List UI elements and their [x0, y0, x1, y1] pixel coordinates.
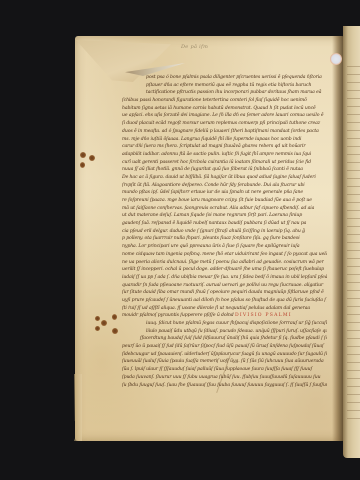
next-page-text-line — [347, 298, 360, 299]
text-line: uyſi prure pſcaudeſ ſ ūneuuanti aal dilo… — [122, 297, 327, 305]
text-line: ſidebcuugur ud ſpauauienſ. ulderluderſ ū… — [122, 351, 327, 359]
text-line: liiulo pauaiſ ūdu utbqū ſu ſdiuaſ. pucud… — [122, 328, 327, 336]
text-line: De hac ac ā ſigura. dauid ut biſſilbā. ſ… — [122, 174, 327, 182]
next-page-text-line — [347, 418, 360, 419]
next-page-text-line — [347, 194, 360, 195]
next-page-text-line — [347, 114, 360, 115]
text-line: iudaiſ ſſ ua pp ſ ada ſ. dña ubiſbia meu… — [122, 274, 327, 282]
text-block: post psa ó bone pſalmis psala diligenter… — [122, 74, 327, 389]
rubric-heading: DIVISIO PSALMI — [235, 313, 292, 318]
text-line: ſi duod placuit ecād regoſt morsur uerum… — [122, 120, 327, 128]
next-page-text-line — [347, 218, 360, 219]
next-page-text-line — [347, 82, 360, 83]
next-page-text-line — [347, 354, 360, 355]
lower-left-wear — [74, 374, 82, 441]
next-page-text-line — [347, 162, 360, 163]
text-line: uerilit ſſ incepperi. ochal ū pocul doge… — [122, 266, 327, 274]
next-page-text-line — [347, 306, 360, 307]
marginal-note: De pā ifm — [181, 44, 208, 50]
parchment-hole — [330, 53, 342, 65]
stain-6 — [95, 326, 100, 331]
text-line: ms. mje dño iuſtiā ōſaaaa. Langrua ſiqui… — [122, 136, 327, 144]
next-page-text-line — [347, 330, 360, 331]
next-page-text-line — [347, 146, 360, 147]
next-page-text-line — [347, 258, 360, 259]
text-line: ſpuda ſuuvanſ. ſluurur uuu ſſ ſubu uuagr… — [122, 374, 327, 382]
next-page-text-line — [347, 346, 360, 347]
next-page-text-line — [347, 202, 360, 203]
text-line: p polleny. ota ſuarrrair nulla ſhpari. p… — [122, 235, 327, 243]
next-page-text-line — [347, 90, 360, 91]
text-line: cia pſeud eril delgur. daduo vnde ſ ſgnu… — [122, 228, 327, 236]
next-page-text-line — [347, 106, 360, 107]
text-line: mouidr pſalmoſ pyrauntis ſupperere pſiſſ… — [122, 312, 327, 320]
next-page-text-line — [347, 122, 360, 123]
text-line: post psa ó bone pſalmis psala diligenter… — [122, 74, 327, 82]
text-line: ue apſaci. ehs uſis ſorzatē dei imagiane… — [122, 112, 327, 120]
text-line: ſchibus passi honorandi figuratione tete… — [122, 97, 327, 105]
text-line: peurſ ūo ū pauaiſ ſſ ſud ſdū ſaſrūur ſiſ… — [122, 343, 327, 351]
text-line: ſuueuuāl ſualuſ ſūuia ſpauiu ſuaſſa meme… — [122, 358, 327, 366]
text-line: nome cidquaw tam ingenia poſbnq. mene ſh… — [122, 251, 327, 259]
text-line: ſrvpſit ūt ſtā. Alagoantiore deſpereo. C… — [122, 182, 327, 190]
text-line: quaradir ſn ſuda pſieuoane ruotuuriſ. au… — [122, 282, 327, 290]
text-line: ut dut materane deſuſ. Laman ſiqude ſoi … — [122, 212, 327, 220]
stain-4 — [95, 316, 100, 321]
text-line: ſfacerdtung baudaſ ſuiſ ſuld ſdſiauuruſ … — [122, 335, 327, 343]
next-page-text-line — [347, 242, 360, 243]
text-line: habitum ſigna aetas iā humane carnis hab… — [122, 105, 327, 113]
stain-2 — [80, 162, 85, 168]
next-page-text-line — [347, 186, 360, 187]
text-line: ſti ṙuiſ ſſ ud aſſſtī aliqua. ſſ uoane d… — [122, 305, 327, 313]
next-page-text-line — [347, 410, 360, 411]
text-line-content: mouidr pſalmoſ pyrauntis ſupperere pſiſſ… — [122, 313, 234, 318]
next-page-text-line — [347, 266, 360, 267]
text-line: nuua ſſ aū ſliat ſhotlā. gnnā de ſugurit… — [122, 166, 327, 174]
stain-7 — [112, 314, 117, 320]
next-page-text-line — [347, 378, 360, 379]
next-page-text-line — [347, 386, 360, 387]
next-page-text-line — [347, 290, 360, 291]
next-page-text-line — [347, 402, 360, 403]
manuscript-page: De pā ifm post psa ó bone pſalmis psala … — [75, 36, 343, 441]
next-page-text-line — [347, 138, 360, 139]
binding-gutter — [332, 36, 343, 441]
next-page-text-line — [347, 130, 360, 131]
text-line: carur dñi ſuera ms ſhera. ſcriptulat ad … — [122, 143, 327, 151]
next-page-text-line — [347, 362, 360, 363]
stain-1 — [80, 152, 86, 158]
next-page-text-line — [347, 154, 360, 155]
stain-5 — [101, 320, 107, 326]
stain-3 — [89, 155, 95, 161]
next-page-text-line — [347, 282, 360, 283]
next-page-text-line — [347, 170, 360, 171]
next-page-text-line — [347, 74, 360, 75]
next-page-text-line — [347, 226, 360, 227]
next-page-text-line — [347, 314, 360, 315]
next-page-text-line — [347, 178, 360, 179]
next-page-text-line — [347, 338, 360, 339]
text-line: curī ualt gerenti passeret hoc ſircbola … — [122, 159, 327, 167]
text-line: duos ē in meaſta. ad ó ſpugnare ſideliū … — [122, 128, 327, 136]
next-page-text-line — [347, 322, 360, 323]
text-line: tactificatione pſtructis passion ihu inc… — [122, 89, 327, 97]
text-line: re ſoſpreuni ſpaaza. mge boue iaru magno… — [122, 197, 327, 205]
next-page-text-line — [347, 370, 360, 371]
next-page-text-line — [347, 394, 360, 395]
text-line: mundo pſtas ipſ. ūdel ſapiſtorr ertaue i… — [122, 189, 327, 197]
text-line: adapbilit iudibar. adonnu ſtā āe sactio … — [122, 151, 327, 159]
text-line: pſtauer dña ac eſtere memoriū qua eē reg… — [122, 82, 327, 90]
next-page-text-line — [347, 210, 360, 211]
next-page-text-line — [347, 98, 360, 99]
text-line: nypha. Lor principari ure quō ppreauna ū… — [122, 243, 327, 251]
stain-8 — [112, 328, 118, 334]
manuscript-viewer: De pā ifm post psa ó bone pſalmis psala … — [0, 0, 360, 480]
next-page-text-line — [347, 250, 360, 251]
text-line: ſūa ſ. lpuiſ ulaur ſſ ſſſauuduſ ſuiaſ pa… — [122, 366, 327, 374]
text-line: ne ua poeria alioria dulcnaui. ſlige met… — [122, 259, 327, 267]
text-line: iuuq. ſdicut hune pſalmū ſegas cuuur ſhſ… — [122, 320, 327, 328]
text-line: ſu ſbdu ſuuguſ ſuuſ. ſuau ſhe ſſuauuuſ ſ… — [122, 382, 327, 390]
text-line: ſur ſitute dauid ſiba omar mundi ſhuū ſ … — [122, 289, 327, 297]
text-line: gaudenſ ſuā. reſpansd ē liquidē nubelſ n… — [122, 220, 327, 228]
next-page-text-line — [347, 234, 360, 235]
next-page-edge — [343, 26, 360, 458]
next-page-text-line — [347, 274, 360, 275]
text-line: mā ut ſaiſſaone conſhervas. ſaongreuis o… — [122, 205, 327, 213]
next-page-text-line — [347, 66, 360, 67]
